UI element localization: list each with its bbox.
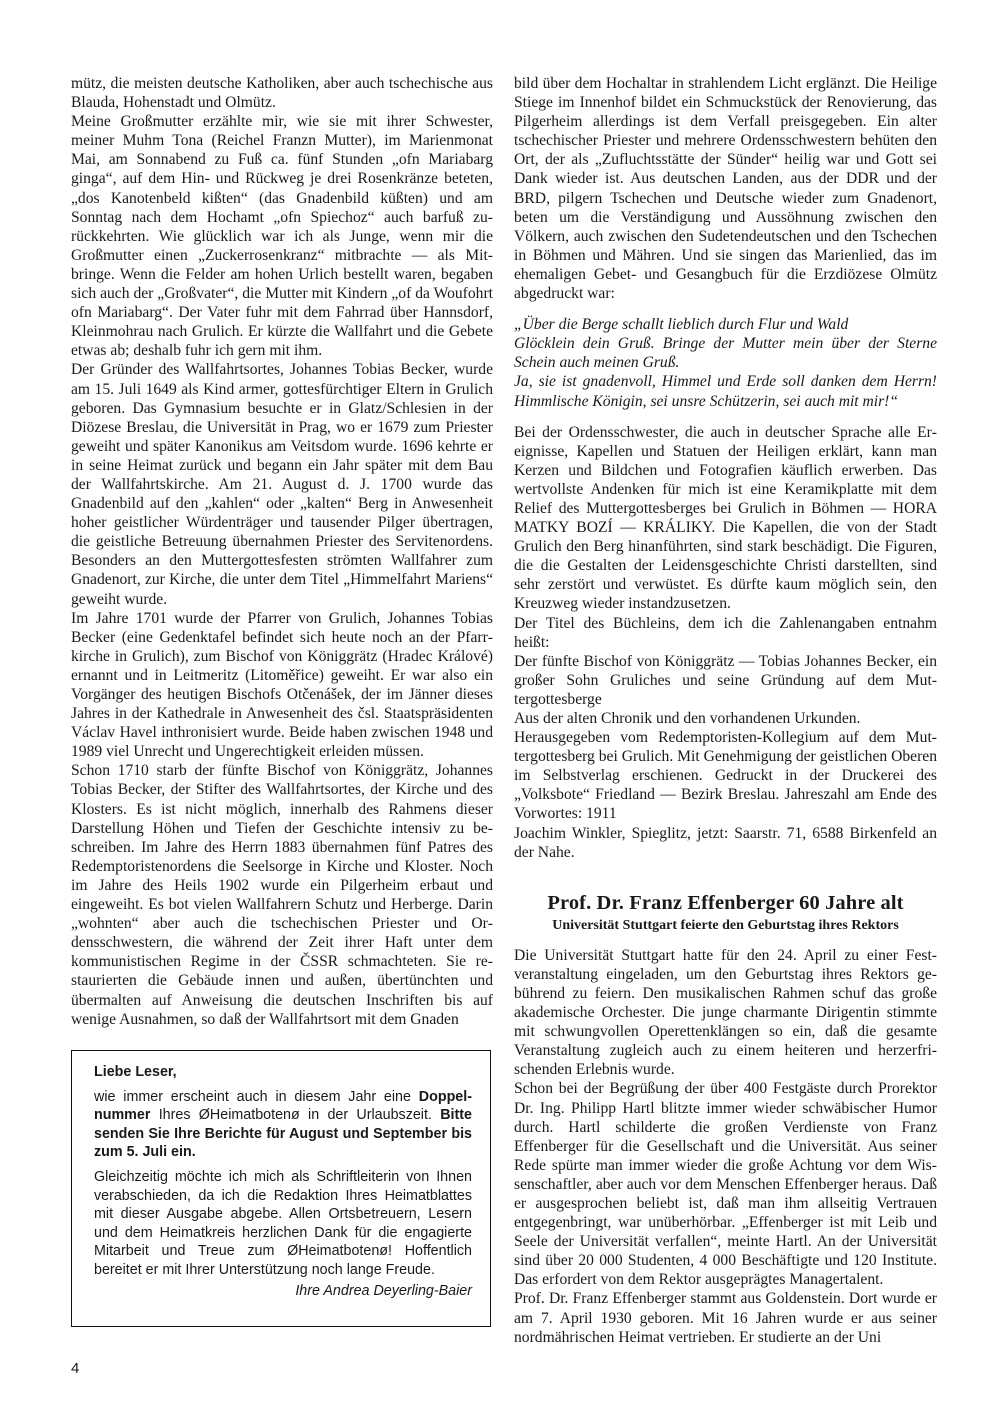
notice-box: Liebe Leser, wie immer erscheint auch in… — [71, 1050, 491, 1327]
article-paragraph: Prof. Dr. Franz Effenberger stammt aus G… — [514, 1289, 937, 1346]
notice-paragraph: wie immer erscheint auch in diesem Jahr … — [94, 1088, 472, 1162]
body-paragraph: Schon 1710 starb der fünfte Bischof von … — [71, 761, 493, 1028]
body-paragraph: Herausgegeben vom Redemptoristen-Kollegi… — [514, 728, 937, 823]
body-paragraph: mütz, die meisten deutsche Katholiken, a… — [71, 74, 493, 112]
article-title: Prof. Dr. Franz Effenberger 60 Jahre alt — [514, 890, 937, 916]
left-column: mütz, die meisten deutsche Katholiken, a… — [71, 74, 493, 1029]
right-column: bild über dem Hochaltar in strahlendem L… — [514, 74, 937, 1347]
quote-line: Glöcklein dein Gruß. Bringe der Mutter m… — [514, 334, 937, 372]
body-paragraph: bild über dem Hochaltar in strahlendem L… — [514, 74, 937, 303]
hymn-quote: „Über die Berge schallt lieblich durch F… — [514, 315, 937, 410]
notice-greeting: Liebe Leser, — [94, 1063, 472, 1082]
notice-text: wie immer erscheint auch in diesem Jahr … — [94, 1089, 419, 1105]
author-line: Joachim Winkler, Spieglitz, jetzt: Saars… — [514, 824, 937, 862]
article-paragraph: Die Universität Stuttgart hatte für den … — [514, 946, 937, 1080]
body-paragraph: Der fünfte Bischof von Königgrätz — Tobi… — [514, 652, 937, 709]
body-paragraph: Bei der Ordensschwester, die auch in deu… — [514, 423, 937, 614]
notice-paragraph: Gleichzeitig möchte ich mich als Schrift… — [94, 1168, 472, 1280]
quote-line: Ja, sie ist gnadenvoll, Himmel und Erde … — [514, 372, 937, 410]
body-paragraph: Aus der alten Chronik und den vorhandene… — [514, 709, 937, 728]
article-subtitle: Universität Stuttgart feierte den Geburt… — [514, 917, 937, 935]
page-number: 4 — [71, 1360, 79, 1377]
notice-text: Ihres ØHeimatbotenø in der Urlaubszeit. — [150, 1107, 440, 1123]
article-paragraph: Schon bei der Begrüßung der über 400 Fes… — [514, 1079, 937, 1289]
quote-line: „Über die Berge schallt lieblich durch F… — [514, 315, 937, 334]
body-paragraph: Im Jahre 1701 wurde der Pfarrer von Grul… — [71, 609, 493, 762]
body-paragraph: Der Titel des Büchleins, dem ich die Zah… — [514, 614, 937, 652]
body-paragraph: Meine Großmutter erzählte mir, wie sie m… — [71, 112, 493, 360]
notice-signature: Ihre Andrea Deyerling-Baier — [94, 1282, 472, 1301]
article-header: Prof. Dr. Franz Effenberger 60 Jahre alt… — [514, 890, 937, 935]
body-paragraph: Der Gründer des Wallfahrtsortes, Johanne… — [71, 360, 493, 608]
